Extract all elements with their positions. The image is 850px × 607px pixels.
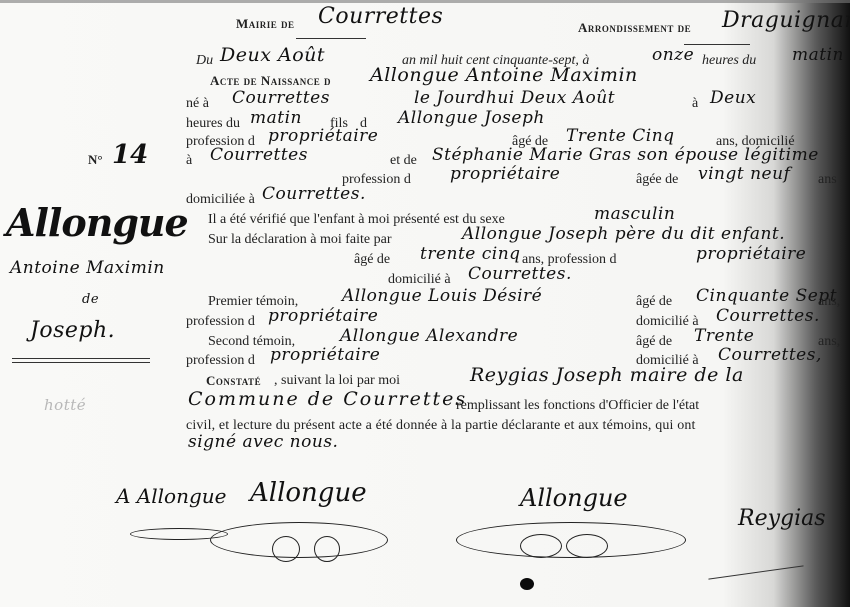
signature-3-text: Allongue	[520, 484, 628, 512]
text-ans: ans	[818, 172, 837, 188]
first-witness-domicile: Courrettes.	[716, 306, 820, 326]
declarant-name: Allongue Joseph père du dit enfant.	[462, 224, 785, 244]
margin-of: de	[82, 292, 99, 307]
child-name: Allongue Antoine Maximin	[370, 64, 638, 86]
text-sex-verified: Il a été vérifié que l'enfant à moi prés…	[208, 212, 505, 228]
mother-profession: propriétaire	[450, 164, 560, 184]
birth-hour: Deux	[710, 88, 756, 108]
text-age-de-2: âgé de	[354, 252, 390, 268]
text-age-de-4: âgé de	[636, 334, 672, 350]
signature-2-text: Allongue	[250, 478, 367, 508]
declarant-age: trente cinq	[420, 244, 521, 264]
signature-2-loop-2	[314, 536, 340, 562]
text-ans-2: ans,	[818, 294, 840, 310]
act-number-value: 14	[112, 140, 148, 170]
text-domiciliee-a: domiciliée à	[186, 192, 255, 208]
text-profession-4: profession d	[186, 353, 255, 369]
text-agee-de: âgée de	[636, 172, 678, 188]
father-profession: propriétaire	[268, 126, 378, 146]
birth-date: le Jourdhui Deux Août	[414, 88, 615, 108]
margin-surname: Allongue	[6, 200, 188, 245]
text-domicilie-a-2: domicilié à	[636, 314, 699, 330]
text-et-de: et de	[390, 153, 417, 169]
text-a-2: à	[186, 153, 192, 169]
text-remplissant: remplissant les fonctions d'Officier de …	[456, 398, 699, 414]
text-declaration: Sur la déclaration à moi faite par	[208, 232, 391, 248]
mairie-label: Mairie de	[236, 16, 295, 32]
arrondissement-value: Draguignan	[722, 8, 850, 33]
child-sex: masculin	[594, 204, 675, 224]
margin-pencil-note: hotté	[44, 396, 86, 414]
second-witness-age: Trente	[694, 326, 754, 346]
officer-name: Reygias Joseph maire de la	[470, 364, 744, 386]
page-top-edge	[0, 0, 850, 3]
hour-value: onze	[652, 45, 694, 65]
arrondissement-label: Arrondissement de	[578, 20, 691, 36]
act-number-label: N°	[88, 152, 103, 168]
text-heures-du: heures du	[702, 53, 756, 69]
margin-double-rule	[12, 358, 150, 363]
declarant-profession: propriétaire	[696, 244, 806, 264]
text-du: Du	[196, 53, 213, 69]
text-suivant-la-loi: , suivant la loi par moi	[274, 373, 400, 389]
signature-1-text: A Allongue	[116, 484, 226, 508]
declarant-domicile: Courrettes.	[468, 264, 572, 284]
first-witness-profession: propriétaire	[268, 306, 378, 326]
margin-father: Joseph.	[30, 318, 115, 343]
first-witness-name: Allongue Louis Désiré	[342, 286, 542, 306]
text-age-de-3: âgé de	[636, 294, 672, 310]
text-profession-3: profession d	[186, 314, 255, 330]
signature-3-loop-1	[520, 534, 562, 558]
time-of-day: matin	[792, 45, 844, 65]
mother-domicile: Courrettes.	[262, 184, 366, 204]
birthplace: Courrettes	[232, 88, 330, 108]
mother-name: Stéphanie Marie Gras son épouse légitime	[432, 145, 819, 165]
first-witness-age: Cinquante Sept	[696, 286, 837, 306]
commune-name: Commune de Courrettes	[188, 388, 467, 410]
header-underline-left	[296, 38, 366, 39]
second-witness-domicile: Courrettes,	[718, 345, 822, 365]
signature-4-text: Reygias	[738, 506, 826, 531]
ink-blot	[520, 578, 534, 590]
mother-age: vingt neuf	[698, 164, 790, 184]
signature-2-loop-1	[272, 536, 300, 562]
father-name: Allongue Joseph	[398, 108, 545, 128]
father-domicile: Courrettes	[210, 145, 308, 165]
text-a: à	[692, 96, 698, 112]
text-heures-du-2: heures du	[186, 116, 240, 132]
text-signe-avec-nous: signé avec nous.	[188, 432, 338, 452]
second-witness-name: Allongue Alexandre	[340, 326, 518, 346]
constate-label: Constaté	[206, 373, 261, 389]
text-ne-a: né à	[186, 96, 209, 112]
acte-de-naissance-label: Acte de Naissance d	[210, 73, 331, 89]
margin-given-names: Antoine Maximin	[10, 258, 165, 278]
signature-3-loop-2	[566, 534, 608, 558]
mairie-value: Courrettes	[318, 4, 443, 29]
date-day-month: Deux Août	[220, 44, 325, 66]
father-age: Trente Cinq	[566, 126, 675, 146]
second-witness-profession: propriétaire	[270, 345, 380, 365]
birth-time-of-day: matin	[250, 108, 302, 128]
